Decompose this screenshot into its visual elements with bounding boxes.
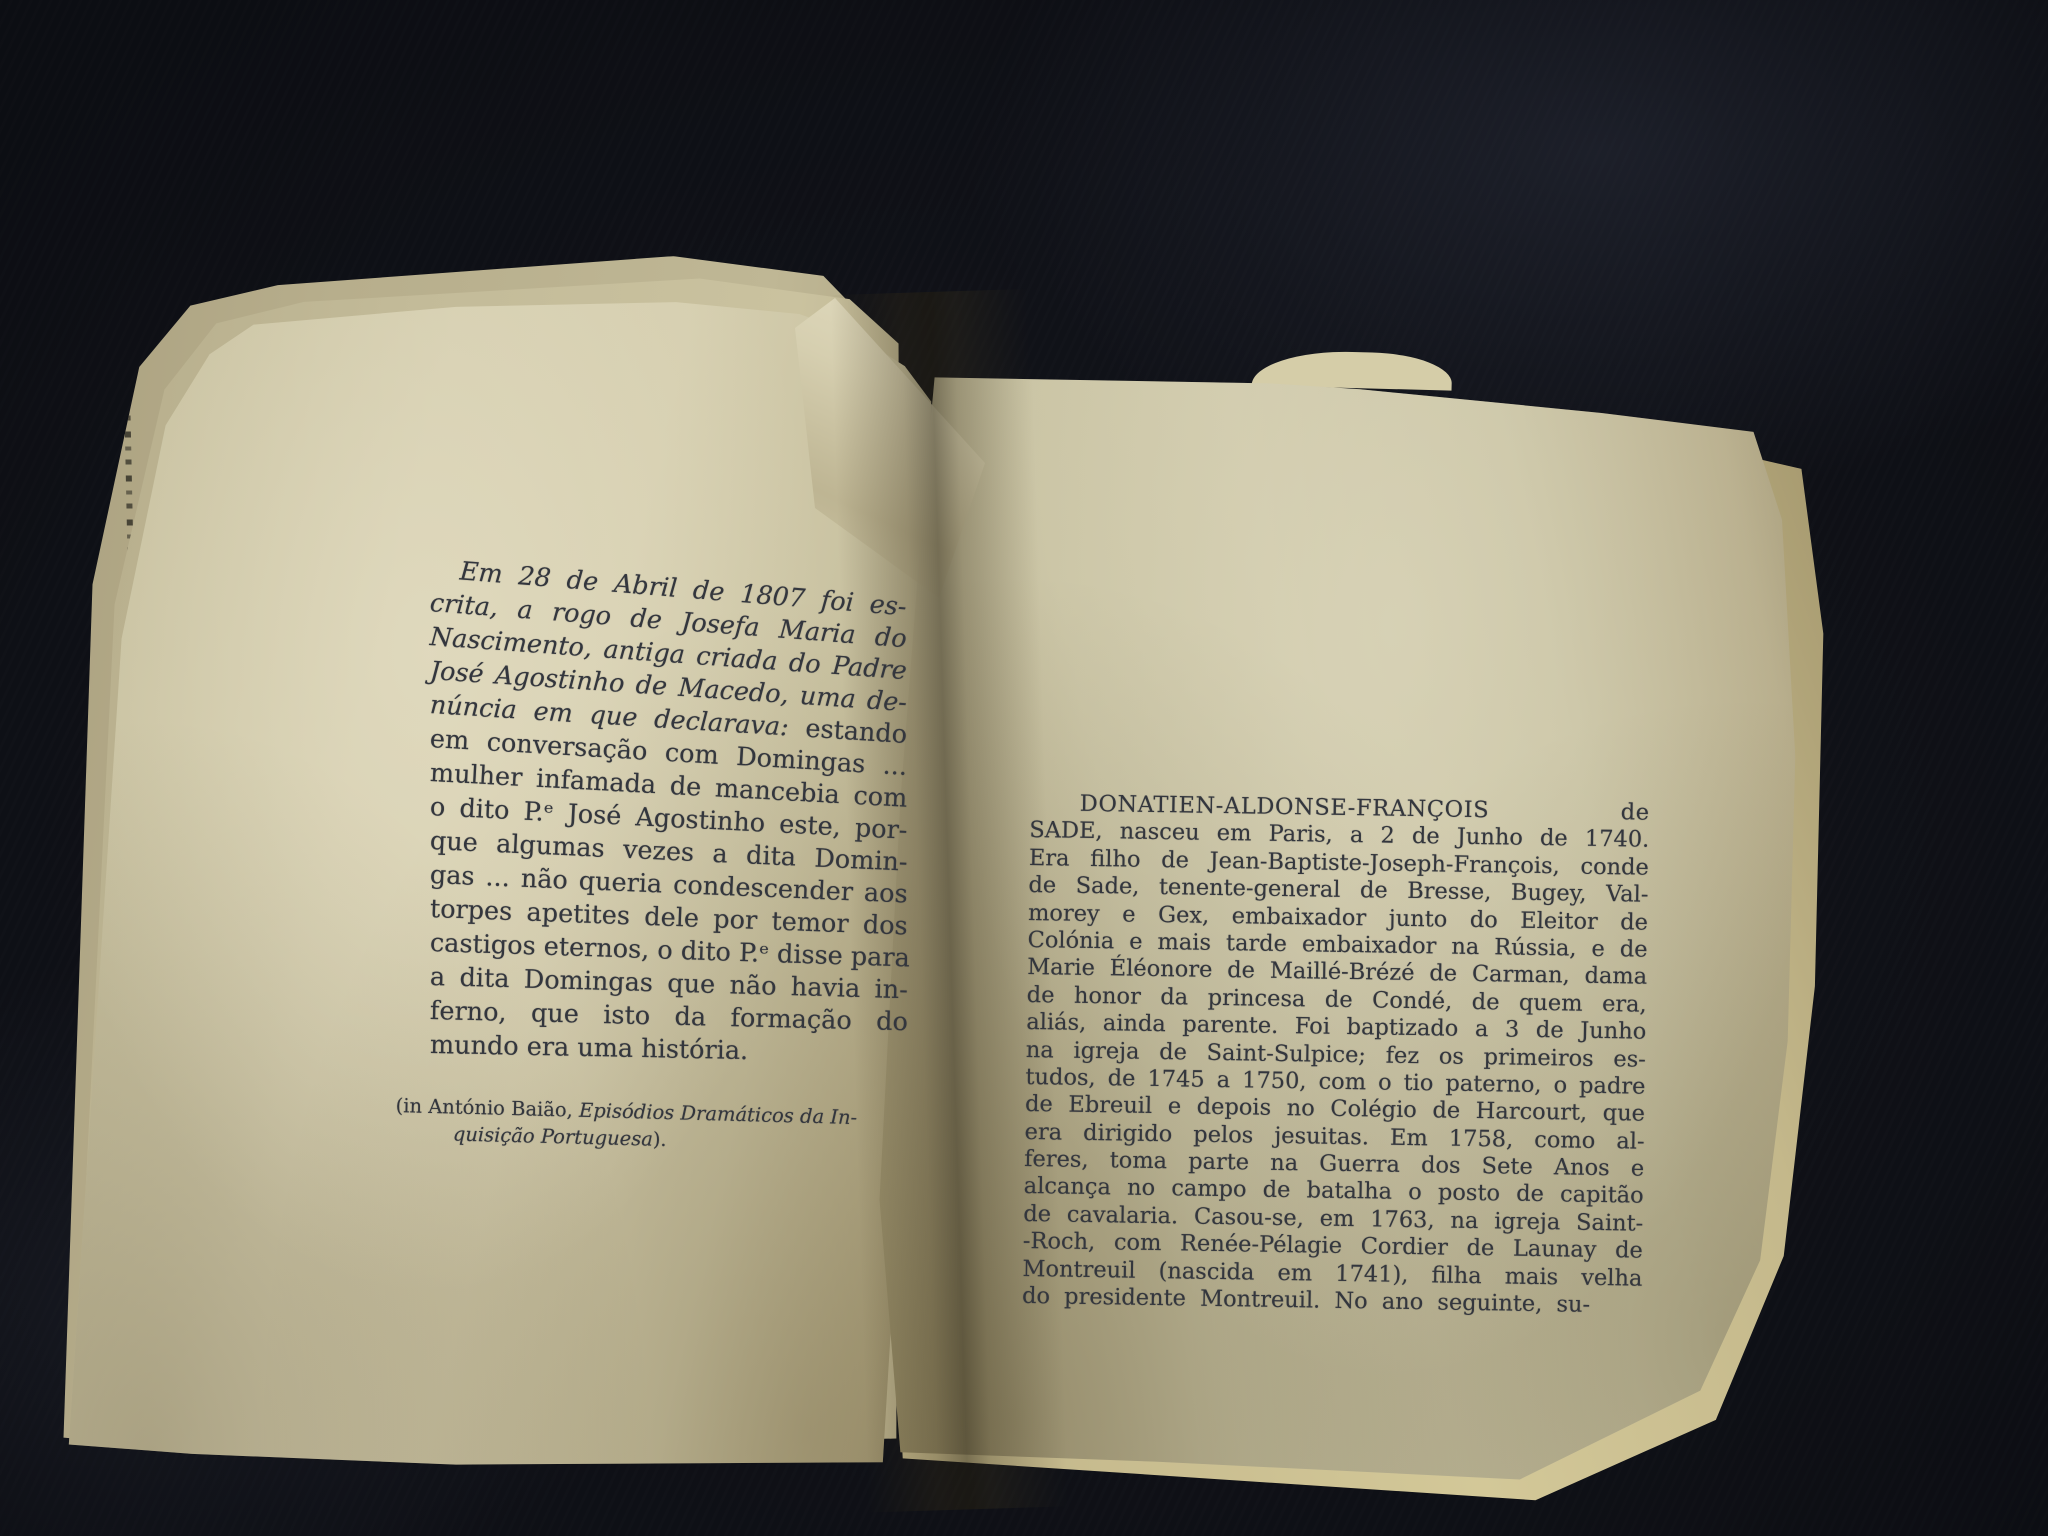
quote-block: Em 28 de Abril de 1807 foi es- crita, a … (430, 552, 908, 1062)
body-text-block: DONATIEN-ALDONSE-FRANÇOIS de SADE, nasce… (1022, 790, 1650, 1320)
